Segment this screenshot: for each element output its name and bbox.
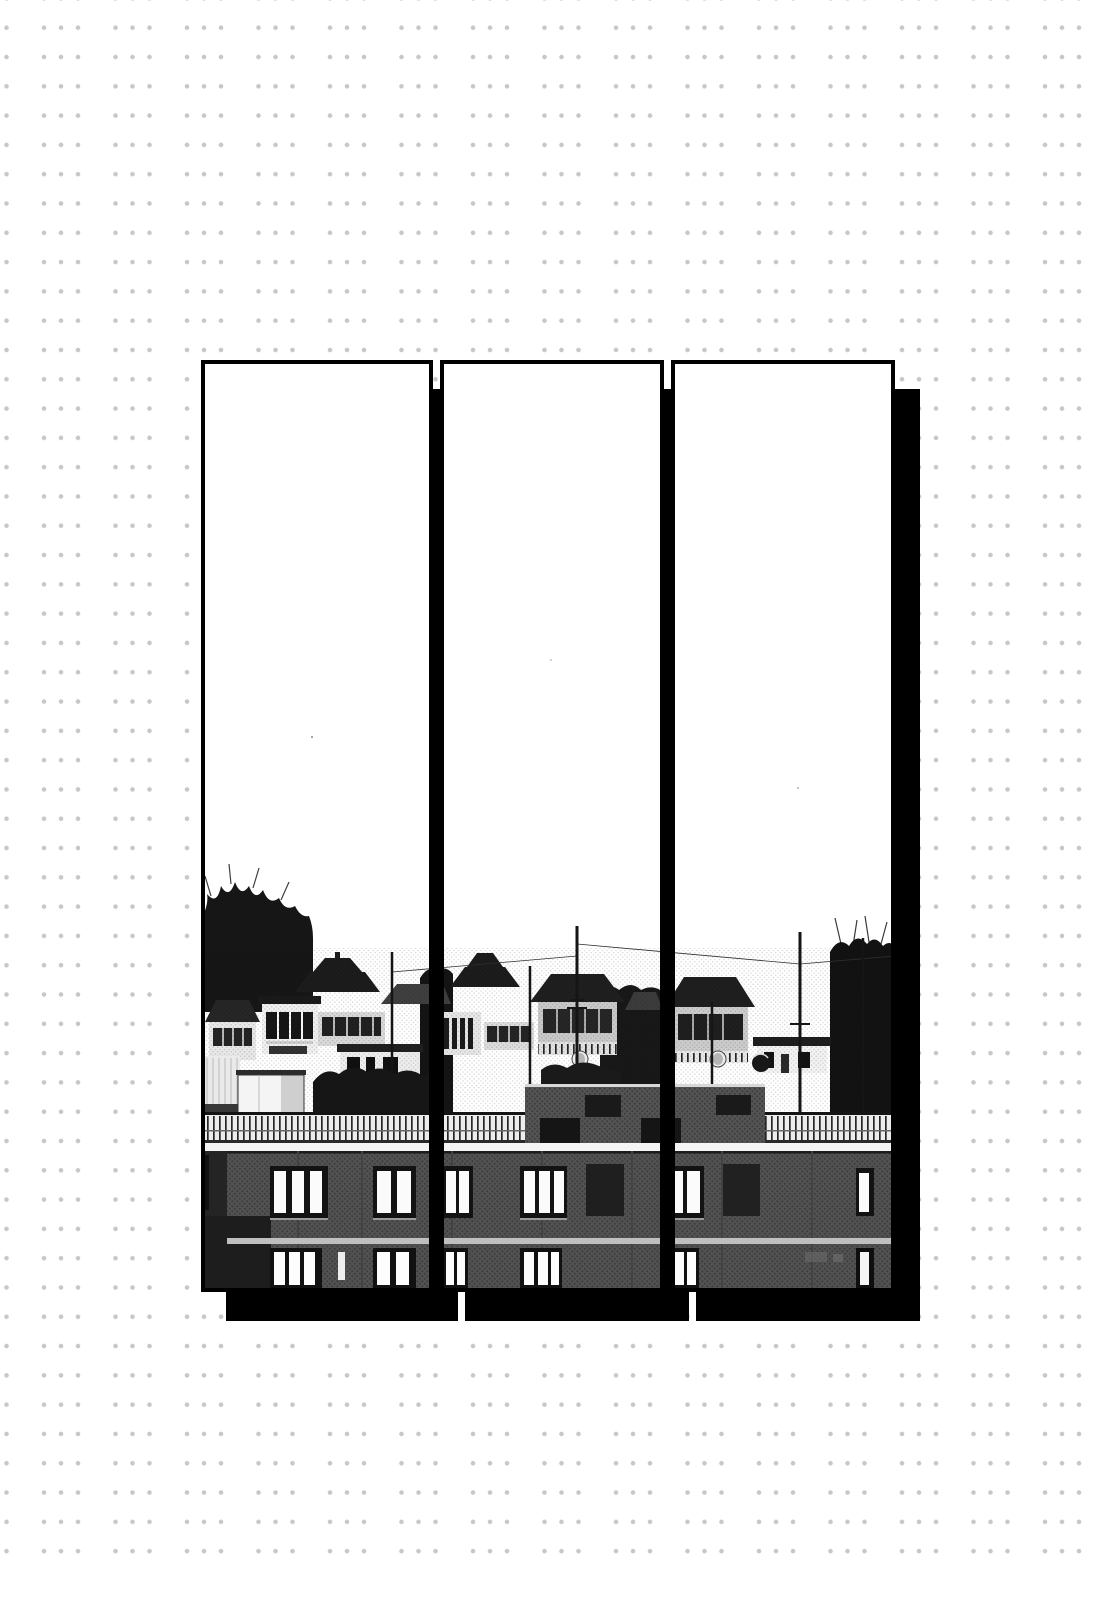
comic-panel-2 [440, 360, 664, 1292]
comic-panel-1 [201, 360, 433, 1292]
photo-slice-1 [201, 360, 433, 1292]
comic-panel-3 [671, 360, 895, 1292]
photo-slice-3 [671, 360, 895, 1292]
page [0, 0, 1110, 1600]
photo-slice-2 [440, 360, 664, 1292]
